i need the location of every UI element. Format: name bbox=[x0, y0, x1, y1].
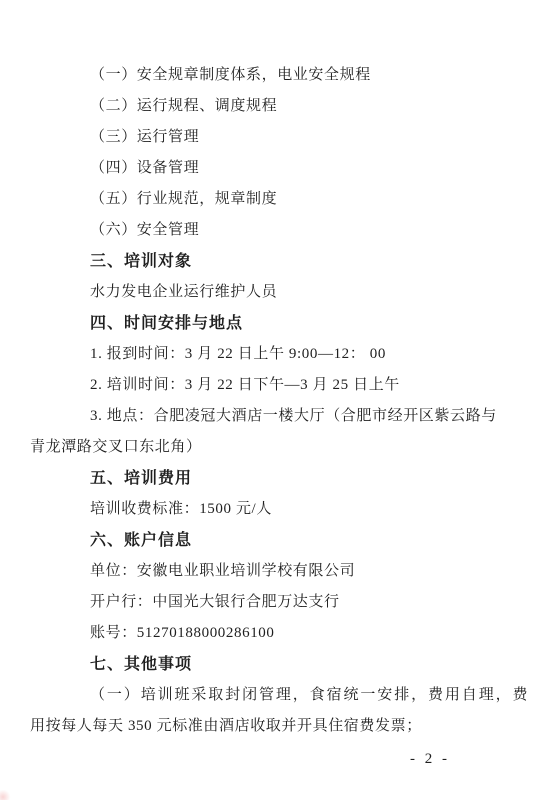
paragraph-other-item-1: （一）培训班采取封闭管理，食宿统一安排，费用自理，费 bbox=[30, 680, 516, 711]
list-item-4: （四）设备管理 bbox=[30, 153, 516, 184]
paragraph-account-unit: 单位：安徽电业职业培训学校有限公司 bbox=[30, 556, 516, 587]
item-checkin-time: 1. 报到时间：3 月 22 日上午 9:00—12： 00 bbox=[30, 339, 516, 370]
list-item-5: （五）行业规范，规章制度 bbox=[30, 184, 516, 215]
section-heading-training-target: 三、培训对象 bbox=[30, 246, 516, 277]
document-body: （一）安全规章制度体系，电业安全规程 （二）运行规程、调度规程 （三）运行管理 … bbox=[0, 0, 556, 742]
paragraph-other-item-1-continued: 用按每人每天 350 元标准由酒店收取并开具住宿费发票； bbox=[30, 711, 516, 742]
page-number: - 2 - bbox=[410, 748, 450, 770]
paragraph-account-bank: 开户行：中国光大银行合肥万达支行 bbox=[30, 587, 516, 618]
list-item-6: （六）安全管理 bbox=[30, 215, 516, 246]
paragraph-training-target: 水力发电企业运行维护人员 bbox=[30, 277, 516, 308]
section-heading-time-place: 四、时间安排与地点 bbox=[30, 308, 516, 339]
section-heading-other-items: 七、其他事项 bbox=[30, 649, 516, 680]
list-item-3: （三）运行管理 bbox=[30, 122, 516, 153]
document-page: （一）安全规章制度体系，电业安全规程 （二）运行规程、调度规程 （三）运行管理 … bbox=[0, 0, 556, 800]
paragraph-account-number: 账号：51270188000286100 bbox=[30, 618, 516, 649]
item-training-time: 2. 培训时间：3 月 22 日下午—3 月 25 日上午 bbox=[30, 370, 516, 401]
scan-artifact bbox=[0, 790, 11, 800]
list-item-1: （一）安全规章制度体系，电业安全规程 bbox=[30, 60, 516, 91]
paragraph-fee-standard: 培训收费标准：1500 元/人 bbox=[30, 494, 516, 525]
list-item-2: （二）运行规程、调度规程 bbox=[30, 91, 516, 122]
section-heading-account-info: 六、账户信息 bbox=[30, 525, 516, 556]
section-heading-training-fee: 五、培训费用 bbox=[30, 463, 516, 494]
item-location: 3. 地点：合肥凌冠大酒店一楼大厅（合肥市经开区紫云路与 bbox=[30, 401, 516, 432]
item-location-continued: 青龙潭路交叉口东北角） bbox=[30, 432, 516, 463]
